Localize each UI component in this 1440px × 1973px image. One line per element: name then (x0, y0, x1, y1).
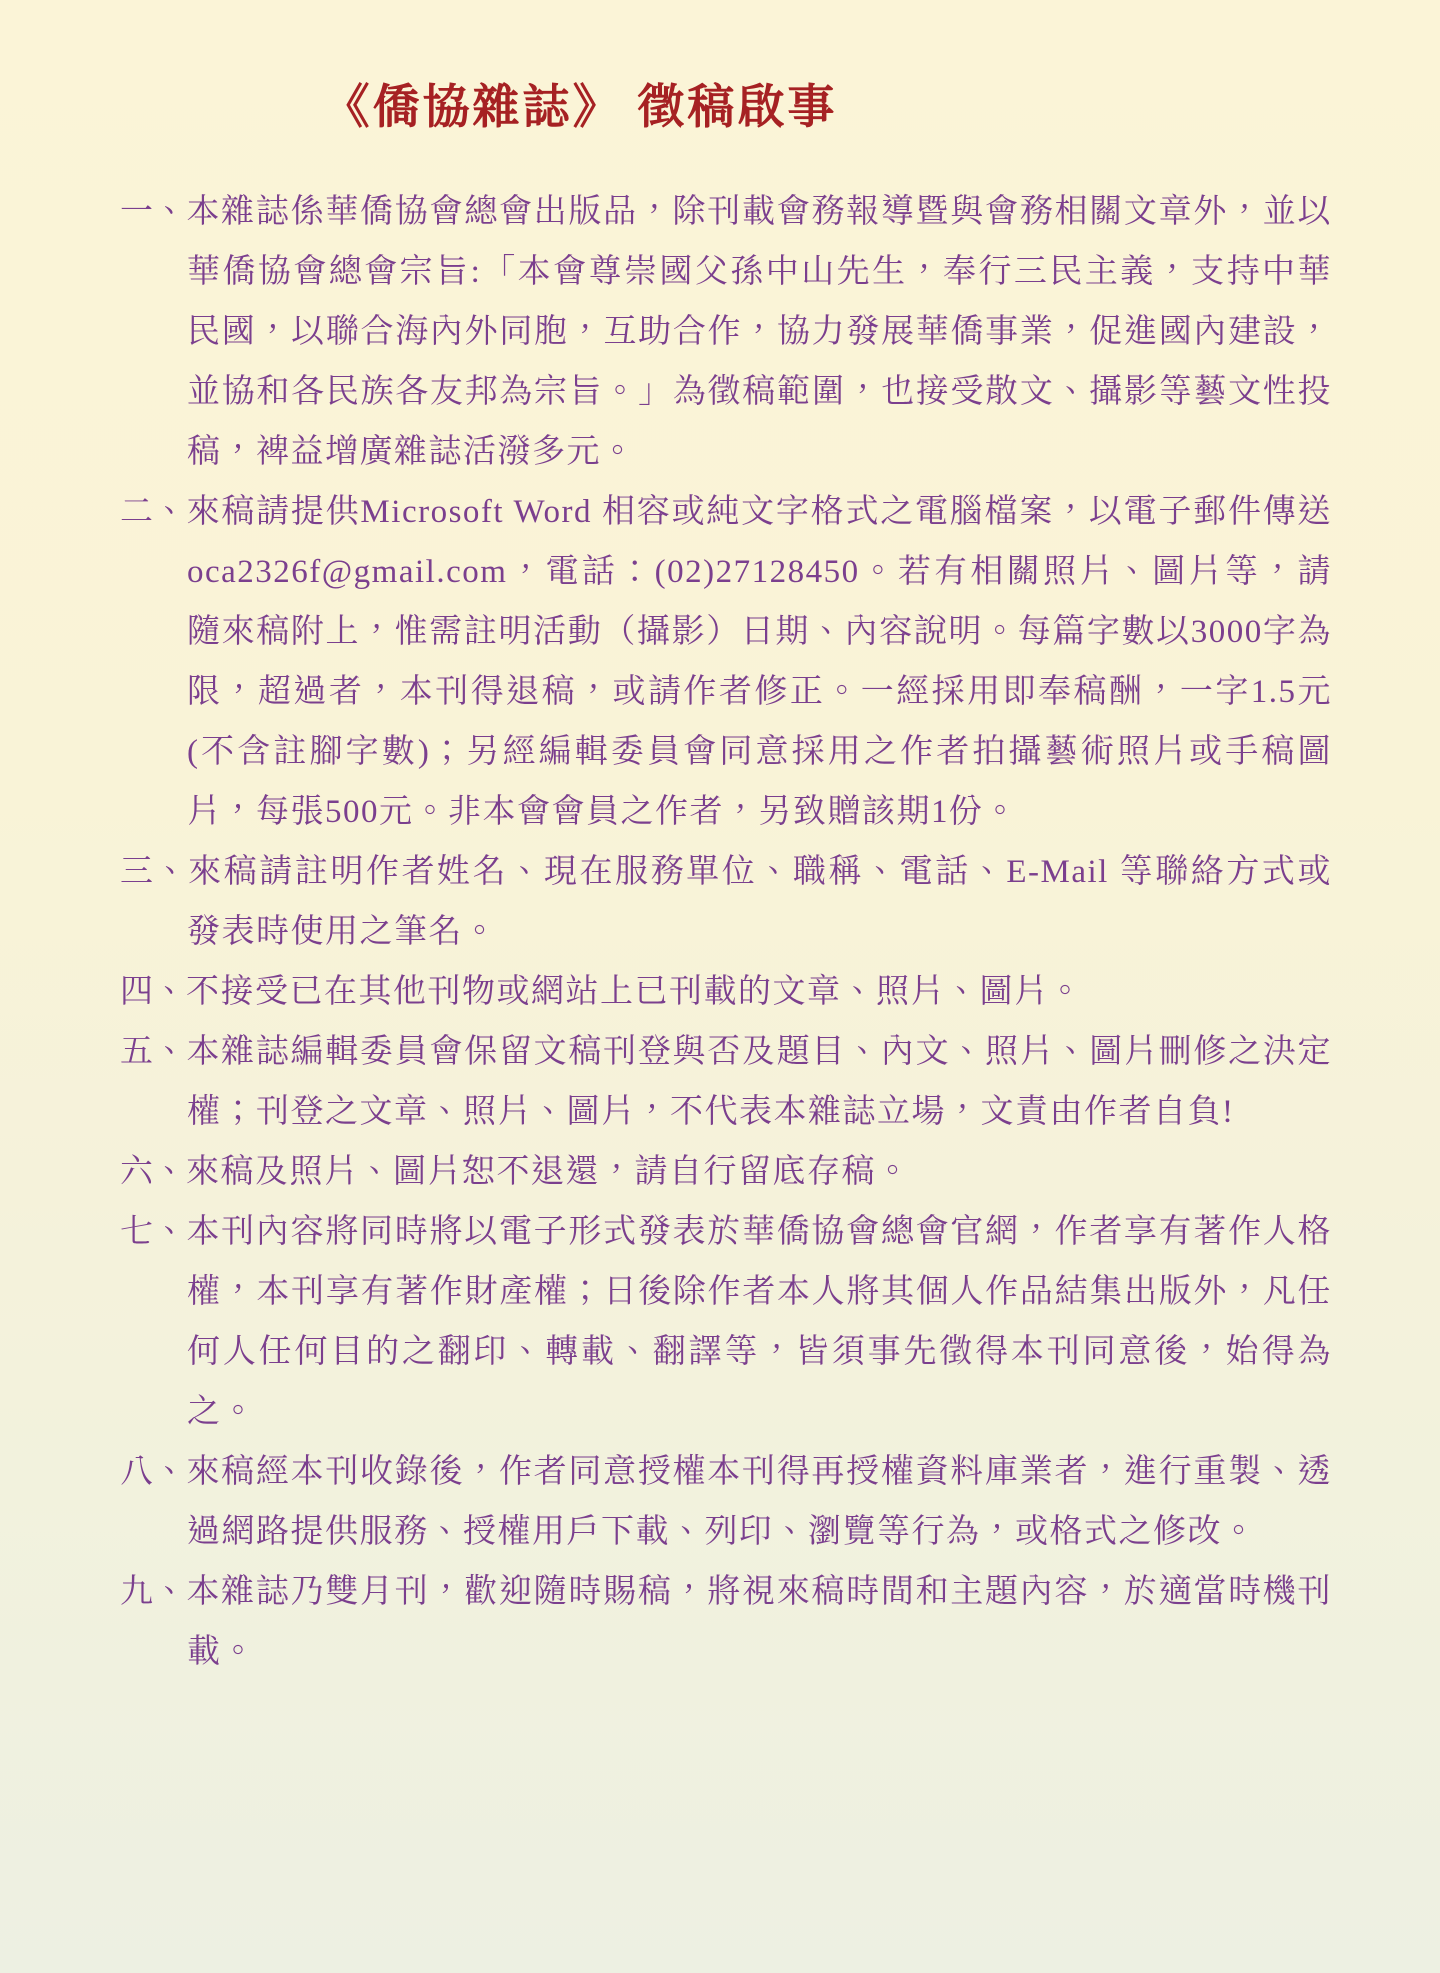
notice-item-9: 九、本雜誌乃雙月刊，歡迎隨時賜稿，將視來稿時間和主題內容，於適當時機刊載。 (120, 1562, 1332, 1682)
notice-list: 一、本雜誌係華僑協會總會出版品，除刊載會務報導暨與會務相關文章外，並以華僑協會總… (120, 182, 1332, 1682)
notice-item-8: 八、來稿經本刊收錄後，作者同意授權本刊得再授權資料庫業者，進行重製、透過網路提供… (120, 1442, 1332, 1562)
item-number-7: 七、 (120, 1214, 186, 1250)
item-number-4: 四、 (120, 974, 186, 1010)
item-number-2: 二、 (120, 494, 187, 530)
item-text-6: 來稿及照片、圖片恕不退還，請自行留底存稿。 (186, 1154, 911, 1190)
notice-item-5: 五、本雜誌編輯委員會保留文稿刊登與否及題目、內文、照片、圖片刪修之決定權；刊登之… (120, 1022, 1332, 1142)
item-number-3: 三、 (120, 854, 188, 890)
page-title: 《僑協雜誌》 徵稿啟事 (120, 72, 1040, 144)
notice-item-1: 一、本雜誌係華僑協會總會出版品，除刊載會務報導暨與會務相關文章外，並以華僑協會總… (120, 182, 1332, 482)
item-number-5: 五、 (120, 1034, 186, 1070)
item-text-7: 本刊內容將同時將以電子形式發表於華僑協會總會官網，作者享有著作人格權，本刊享有著… (186, 1214, 1332, 1430)
notice-item-2: 二、來稿請提供Microsoft Word 相容或純文字格式之電腦檔案，以電子郵… (120, 482, 1332, 842)
item-text-2: 來稿請提供Microsoft Word 相容或純文字格式之電腦檔案，以電子郵件傳… (187, 494, 1332, 830)
notice-item-3: 三、來稿請註明作者姓名、現在服務單位、職稱、電話、E-Mail 等聯絡方式或發表… (120, 842, 1332, 962)
item-number-9: 九、 (120, 1574, 186, 1610)
item-text-9: 本雜誌乃雙月刊，歡迎隨時賜稿，將視來稿時間和主題內容，於適當時機刊載。 (186, 1574, 1332, 1670)
item-text-3: 來稿請註明作者姓名、現在服務單位、職稱、電話、E-Mail 等聯絡方式或發表時使… (187, 854, 1332, 950)
notice-page: 《僑協雜誌》 徵稿啟事 一、本雜誌係華僑協會總會出版品，除刊載會務報導暨與會務相… (0, 0, 1440, 1973)
item-text-1: 本雜誌係華僑協會總會出版品，除刊載會務報導暨與會務相關文章外，並以華僑協會總會宗… (186, 194, 1332, 470)
item-text-5: 本雜誌編輯委員會保留文稿刊登與否及題目、內文、照片、圖片刪修之決定權；刊登之文章… (186, 1034, 1332, 1130)
item-number-6: 六、 (120, 1154, 186, 1190)
notice-item-6: 六、來稿及照片、圖片恕不退還，請自行留底存稿。 (120, 1142, 1332, 1202)
item-number-1: 一、 (120, 194, 186, 230)
item-text-4: 不接受已在其他刊物或網站上已刊載的文章、照片、圖片。 (186, 974, 1083, 1010)
notice-item-4: 四、不接受已在其他刊物或網站上已刊載的文章、照片、圖片。 (120, 962, 1332, 1022)
notice-item-7: 七、本刊內容將同時將以電子形式發表於華僑協會總會官網，作者享有著作人格權，本刊享… (120, 1202, 1332, 1442)
item-number-8: 八、 (120, 1454, 186, 1490)
item-text-8: 來稿經本刊收錄後，作者同意授權本刊得再授權資料庫業者，進行重製、透過網路提供服務… (186, 1454, 1332, 1550)
